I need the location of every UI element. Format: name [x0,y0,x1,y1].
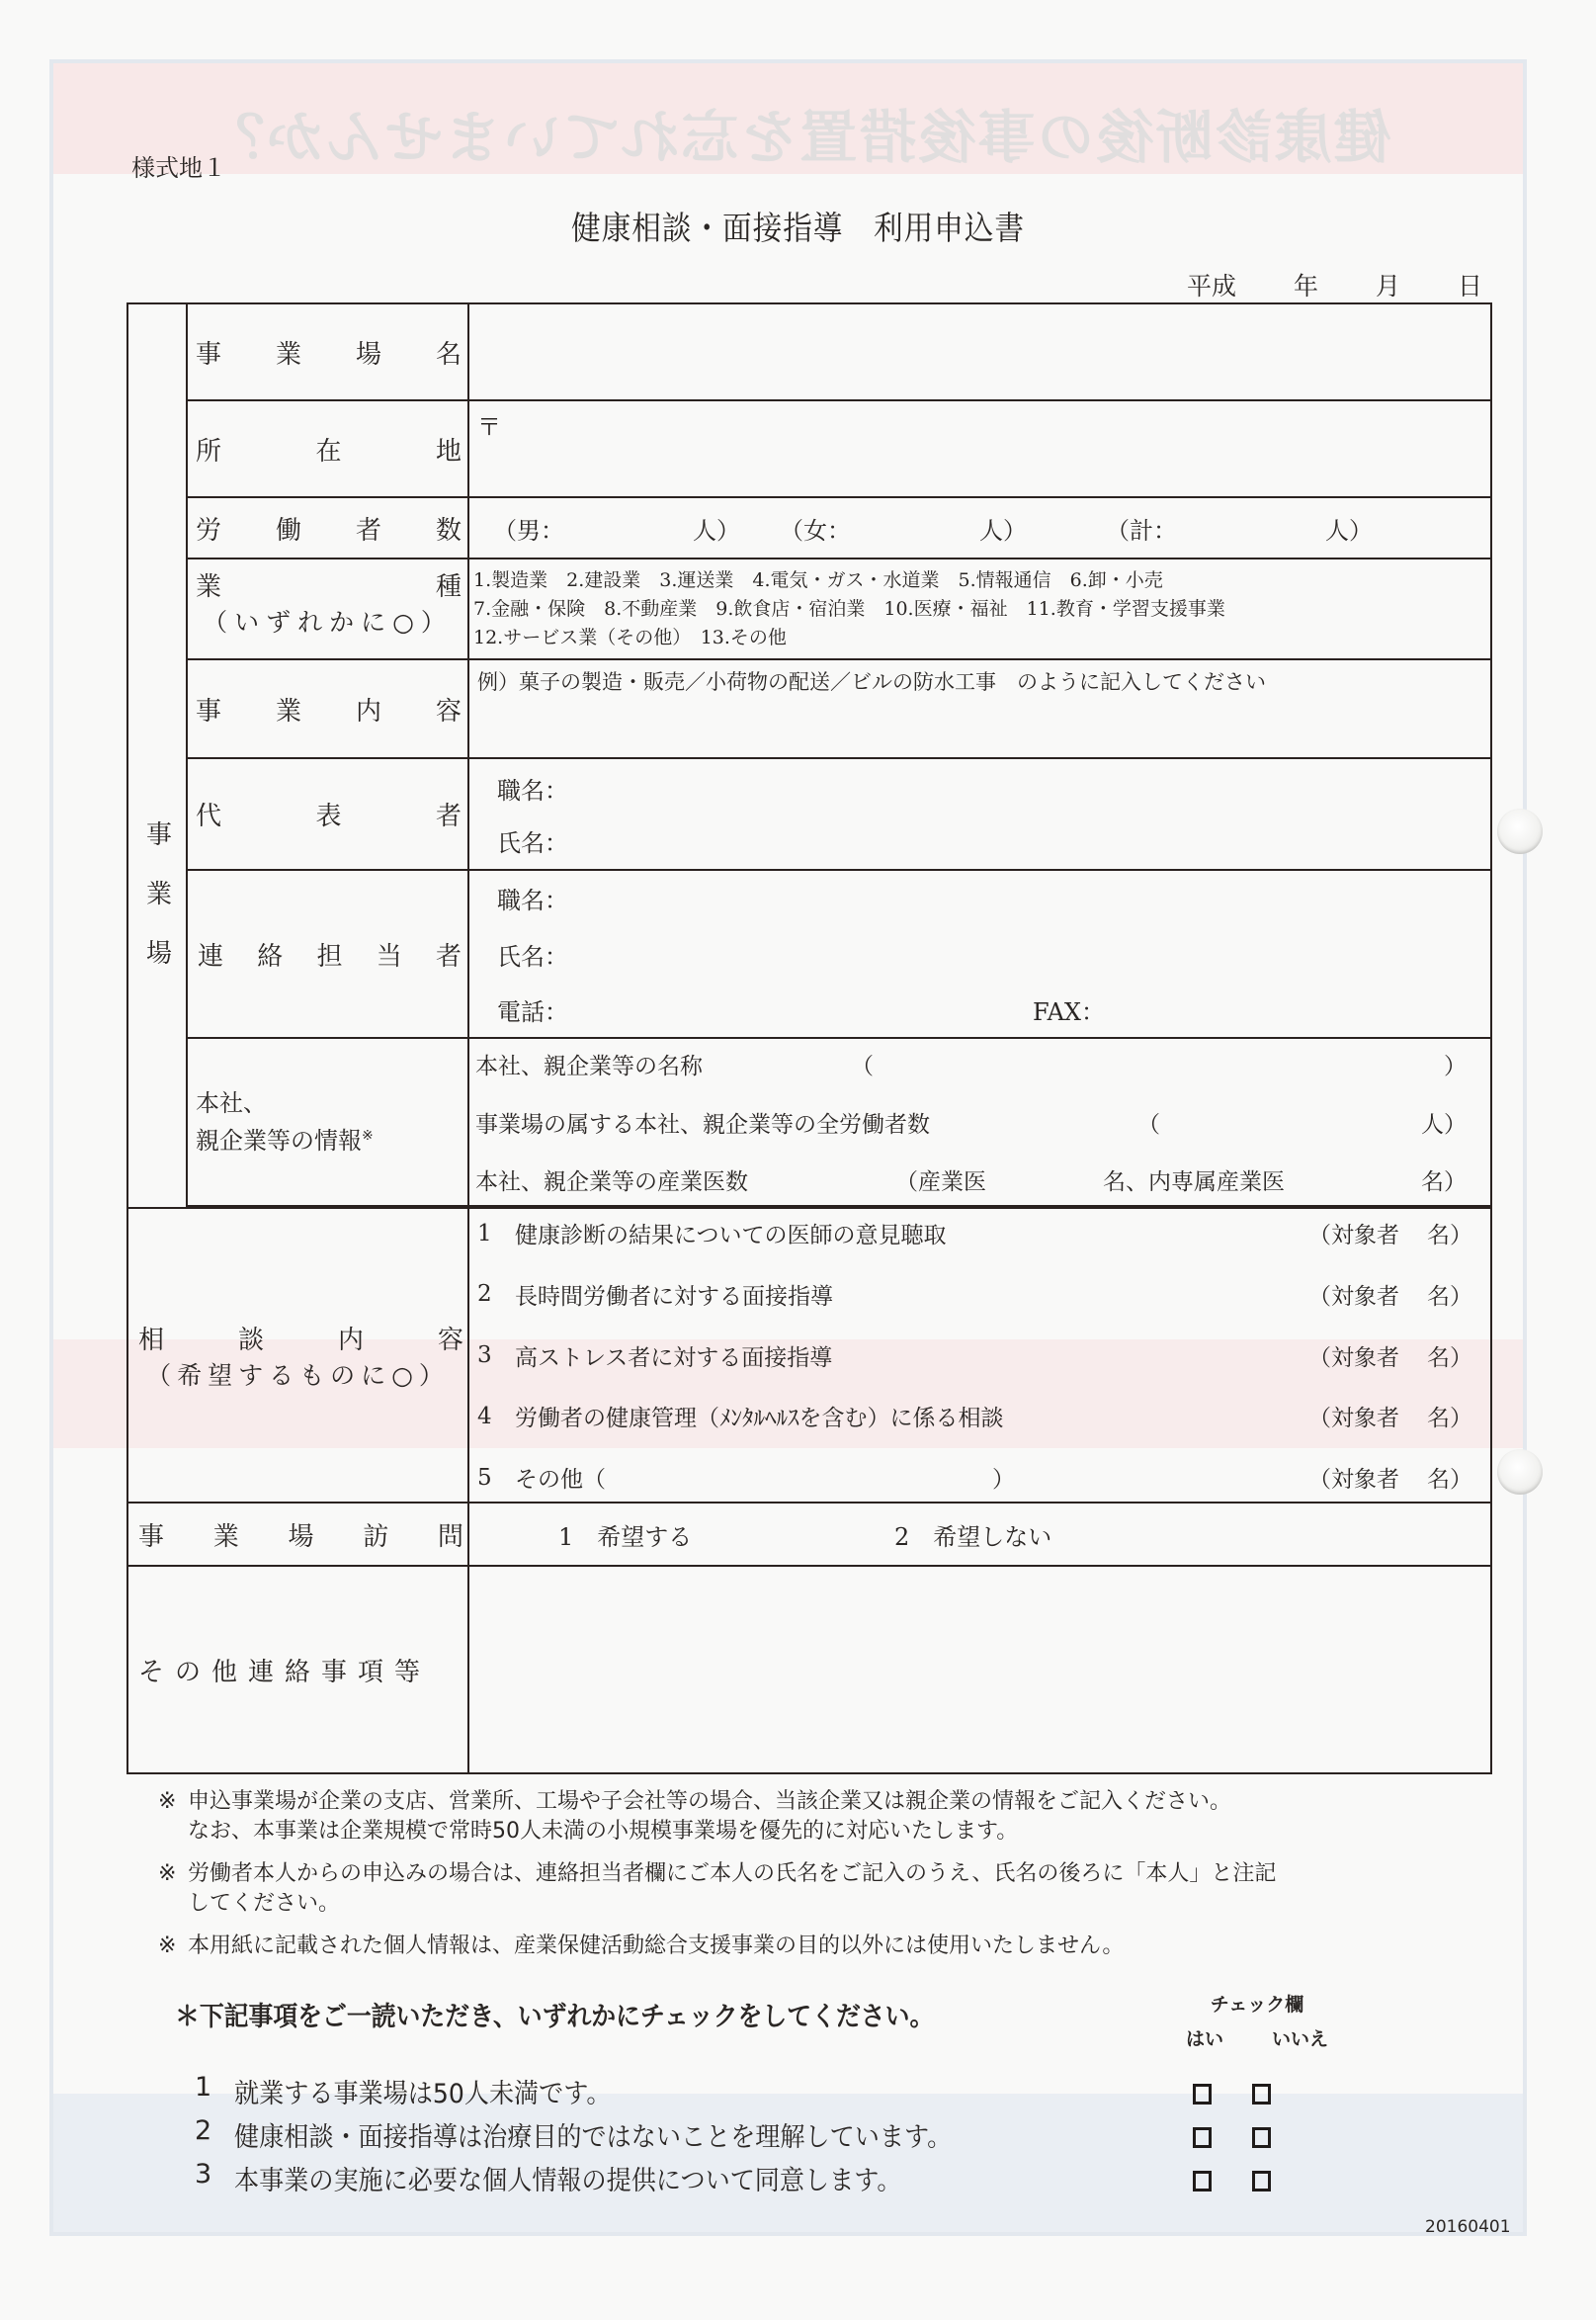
contact-fax-field[interactable]: FAX： [1033,992,1105,1027]
contact-title-field[interactable]: 職名： [497,881,1463,915]
date-year[interactable]: 年 [1294,267,1318,302]
label-text: 事 業 場 名 [188,334,467,371]
site-name-field[interactable] [468,303,1491,400]
business-field[interactable]: 例）菓子の製造・販売／小荷物の配送／ビルの防水工事 のように記入してください [468,659,1491,758]
date-month[interactable]: 月 [1376,267,1400,302]
contact-phone-field[interactable]: 電話： [497,992,1033,1027]
row-contact: 連 絡 担 当 者 職名： 氏名： 電話： FAX： [127,870,1491,1038]
yes-column-label: はい [1186,2024,1223,2051]
checkbox-item-2-no[interactable] [1252,2127,1271,2148]
row-visit: 事 業 場 訪 問 1 希望する 2 希望しない [127,1503,1491,1566]
checkbox-item-1-yes[interactable] [1193,2084,1212,2105]
label-business: 事 業 内 容 [187,659,468,758]
application-form-table: 事業場 事 業 場 名 所 在 地 〒 労 [126,302,1492,1774]
date-line: 平成 年 月 日 [1187,267,1482,302]
punch-hole [1497,809,1543,854]
label-other: その他連絡事項等 [127,1566,468,1773]
row-business: 事 業 内 容 例）菓子の製造・販売／小荷物の配送／ビルの防水工事 のように記入… [127,659,1491,758]
parent-company-fields: 本社、親企業等の名称 （ ） 事業場の属する本社、親企業等の全労働者数 （ 人）… [468,1038,1491,1206]
consult-options: 1 健康診断の結果についての医師の意見聴取 （対象者 名） 2 長時間労働者に対… [468,1208,1491,1503]
row-representative: 代 表 者 職名： 氏名： [127,758,1491,870]
row-site-name: 事業場 事 業 場 名 [127,303,1491,400]
row-address: 所 在 地 〒 [127,400,1491,497]
checklist-intro: ＊下記事項をご一読いただき、いずれかにチェックをしてください。 [175,1995,1220,2033]
checkbox-item-3-no[interactable] [1252,2171,1271,2191]
label-address: 所 在 地 [187,400,468,497]
checklist-item-2: 2 健康相談・面接指導は治療目的ではないことを理解しています。 [195,2115,1331,2154]
consult-item-5[interactable]: 5 その他（ ） （対象者 名） [469,1461,1490,1494]
form-id: 様式地１ [131,148,226,183]
other-notes-field[interactable] [468,1566,1491,1773]
business-example: 例）菓子の製造・販売／小荷物の配送／ビルの防水工事 のように記入してください [469,660,1490,696]
industry-options-line[interactable]: 7.金融・保険 8.不動産業 9.飲食店・宿泊業 10.医療・福祉 11.教育・… [473,595,1486,624]
row-consult: 相 談 内 容 （希望するものに○） 1 健康診断の結果についての医師の意見聴取… [127,1208,1491,1503]
row-workers: 労 働 者 数 （男： 人） （女： 人） （計： 人） [127,497,1491,559]
industry-options-line[interactable]: 12.サービス業（その他） 13.その他 [473,624,1486,652]
notes: ※ 申込事業場が企業の支店、営業所、工場や子会社等の場合、当該企業又は親企業の情… [158,1787,1276,1974]
row-industry: 業 種 （いずれかに○） 1.製造業 2.建設業 3.運送業 4.電気・ガス・水… [127,559,1491,659]
contact-fields: 職名： 氏名： 電話： FAX： [468,870,1491,1038]
note-2: ※ 労働者本人からの申込みの場合は、連絡担当者欄にご本人の氏名をご記入のうえ、氏… [158,1859,1276,1919]
label-industry: 業 種 （いずれかに○） [187,559,468,659]
document-code: 20160401 [1425,2217,1511,2237]
checklist-item-1: 1 就業する事業場は50人未満です。 [195,2072,1331,2110]
workers-fields: （男： 人） （女： 人） （計： 人） [468,497,1491,559]
rep-name-field[interactable]: 氏名： [497,823,1463,858]
checklist-item-3: 3 本事業の実施に必要な個人情報の提供について同意します。 [195,2159,1331,2197]
label-site-name: 事 業 場 名 [187,303,468,400]
checklist-header: チェック欄 はい いいえ [1178,1990,1336,2051]
visit-option-yes[interactable]: 1 希望する [558,1517,894,1552]
label-parent-company: 本社、 親企業等の情報※ [187,1038,468,1206]
consult-item-1[interactable]: 1 健康診断の結果についての医師の意見聴取 （対象者 名） [469,1217,1490,1249]
punch-hole [1497,1449,1543,1495]
postal-mark: 〒 [469,401,1490,442]
label-visit: 事 業 場 訪 問 [127,1503,468,1566]
row-other: その他連絡事項等 [127,1566,1491,1773]
consult-item-2[interactable]: 2 長時間労働者に対する面接指導 （対象者 名） [469,1278,1490,1311]
contact-name-field[interactable]: 氏名： [497,937,1463,972]
parent-workers-line[interactable]: 事業場の属する本社、親企業等の全労働者数 （ 人） [469,1106,1490,1139]
representative-fields: 職名： 氏名： [468,758,1491,870]
checklist: ＊下記事項をご一読いただき、いずれかにチェックをしてください。 チェック欄 はい… [175,1995,1311,2033]
rep-title-field[interactable]: 職名： [497,771,1463,806]
checkbox-item-1-no[interactable] [1252,2084,1271,2105]
checkbox-item-3-yes[interactable] [1193,2171,1212,2191]
label-contact: 連 絡 担 当 者 [187,870,468,1038]
label-consult: 相 談 内 容 （希望するものに○） [127,1208,468,1503]
note-1: ※ 申込事業場が企業の支店、営業所、工場や子会社等の場合、当該企業又は親企業の情… [158,1787,1276,1847]
label-workers: 労 働 者 数 [187,497,468,559]
industry-options-line[interactable]: 1.製造業 2.建設業 3.運送業 4.電気・ガス・水道業 5.情報通信 6.卸… [473,566,1486,595]
parent-doctors-line[interactable]: 本社、親企業等の産業医数 （産業医 名、内専属産業医 名） [469,1163,1490,1196]
date-era: 平成 [1187,267,1236,302]
parent-name-line[interactable]: 本社、親企業等の名称 （ ） [469,1048,1490,1080]
row-parent-company: 本社、 親企業等の情報※ 本社、親企業等の名称 （ ） 事業場の属する本社、親企… [127,1038,1491,1206]
group-label: 事業場 [139,820,176,998]
page-title: 健康相談・面接指導 利用申込書 [80,203,1517,249]
no-column-label: いいえ [1272,2024,1328,2051]
group-cell-site: 事業場 [127,303,187,1208]
visit-option-no[interactable]: 2 希望しない [894,1517,1051,1552]
consult-item-4[interactable]: 4 労働者の健康管理（ﾒﾝﾀﾙﾍﾙｽを含む）に係る相談 （対象者 名） [469,1400,1490,1432]
visit-options: 1 希望する 2 希望しない [468,1503,1491,1566]
note-3: ※ 本用紙に記載された個人情報は、産業保健活動総合支援事業の目的以外には使用いた… [158,1932,1276,1961]
checkbox-item-2-yes[interactable] [1193,2127,1212,2148]
industry-options[interactable]: 1.製造業 2.建設業 3.運送業 4.電気・ガス・水道業 5.情報通信 6.卸… [468,559,1491,659]
label-representative: 代 表 者 [187,758,468,870]
date-day[interactable]: 日 [1458,267,1482,302]
bleed-through-title: 健康診断後の事後措置を忘れていませんか？ [0,91,1596,174]
consult-item-3[interactable]: 3 高ストレス者に対する面接指導 （対象者 名） [469,1339,1490,1372]
address-field[interactable]: 〒 [468,400,1491,497]
